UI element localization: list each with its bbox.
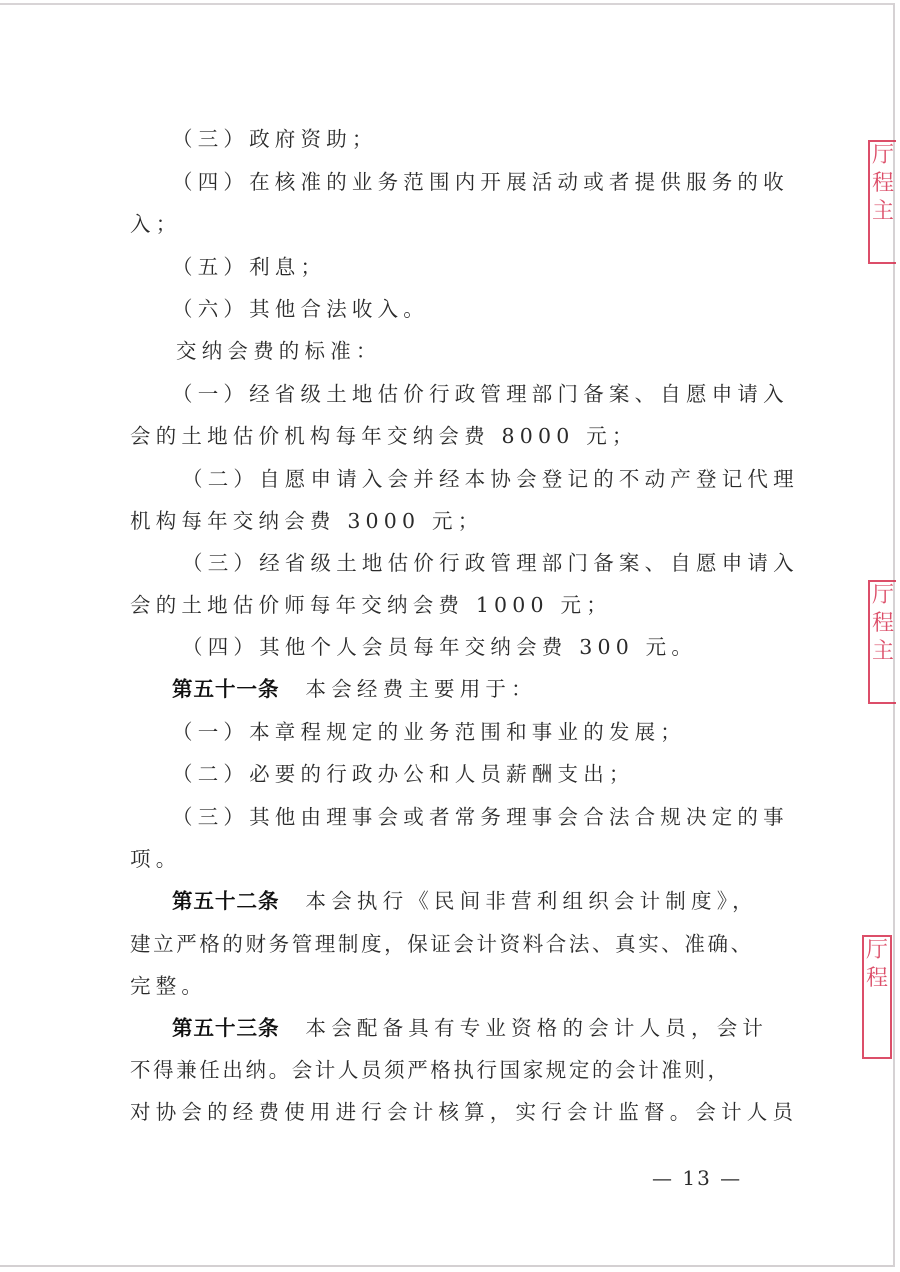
article-52-line-3: 完整。 xyxy=(130,974,207,998)
article-52-heading: 第五十二条 xyxy=(172,889,280,913)
article-52-line-1: 本会执行《民间非营利组织会计制度》， xyxy=(306,889,758,913)
text-line: 会的土地估价机构每年交纳会费 8000 元； xyxy=(130,424,638,448)
seal-fragment-1: 厅程主 xyxy=(868,140,896,264)
article-53-line-2: 不得兼任出纳。会计人员须严格执行国家规定的会计准则， xyxy=(130,1058,731,1082)
text-line: 机构每年交纳会费 3000 元； xyxy=(130,509,483,533)
seal-fragment-2: 厅程主 xyxy=(868,580,896,704)
text-line: （六）其他合法收入。 xyxy=(172,297,429,321)
text-line: 交纳会费的标准： xyxy=(176,339,382,363)
text-line: （一）经省级土地估价行政管理部门备案、自愿申请入 xyxy=(172,382,789,406)
text-line: 会的土地估价师每年交纳会费 1000 元； xyxy=(130,593,612,617)
article-51-heading: 第五十一条 xyxy=(172,677,280,701)
article-53-line-1: 本会配备具有专业资格的会计人员，会计 xyxy=(306,1016,769,1040)
text-line: （四）在核准的业务范围内开展活动或者提供服务的收 xyxy=(172,170,789,194)
article-53-heading-line: 第五十三条本会配备具有专业资格的会计人员，会计 xyxy=(172,1016,768,1040)
text-line: 入； xyxy=(130,212,181,236)
article-52-line-2: 建立严格的财务管理制度，保证会计资料合法、真实、准确、 xyxy=(130,932,754,956)
article-51-intro: 本会经费主要用于： xyxy=(306,677,537,701)
text-line: （四）其他个人会员每年交纳会费 300 元。 xyxy=(182,635,697,659)
text-line: （五）利息； xyxy=(172,255,326,279)
article-52-heading-line: 第五十二条本会执行《民间非营利组织会计制度》， xyxy=(172,889,758,913)
text-line: （二）自愿申请入会并经本协会登记的不动产登记代理 xyxy=(182,467,799,491)
page-edge-bottom xyxy=(0,1265,893,1267)
page-edge-top xyxy=(0,3,893,5)
text-line: （三）政府资助； xyxy=(172,127,378,151)
article-53-heading: 第五十三条 xyxy=(172,1016,280,1040)
page-number: — 13 — xyxy=(652,1166,742,1190)
text-line: （三）经省级土地估价行政管理部门备案、自愿申请入 xyxy=(182,551,799,575)
article-51-item-2: （二）必要的行政办公和人员薪酬支出； xyxy=(172,762,635,786)
article-51-heading-line: 第五十一条本会经费主要用于： xyxy=(172,677,537,701)
article-51-item-3: （三）其他由理事会或者常务理事会合法合规决定的事 xyxy=(172,805,789,829)
article-53-line-3: 对协会的经费使用进行会计核算，实行会计监督。会计人员 xyxy=(130,1100,798,1124)
article-51-item-1: （一）本章程规定的业务范围和事业的发展； xyxy=(172,720,686,744)
article-51-continuation: 项。 xyxy=(130,847,181,871)
seal-fragment-3: 厅程 xyxy=(862,935,892,1059)
